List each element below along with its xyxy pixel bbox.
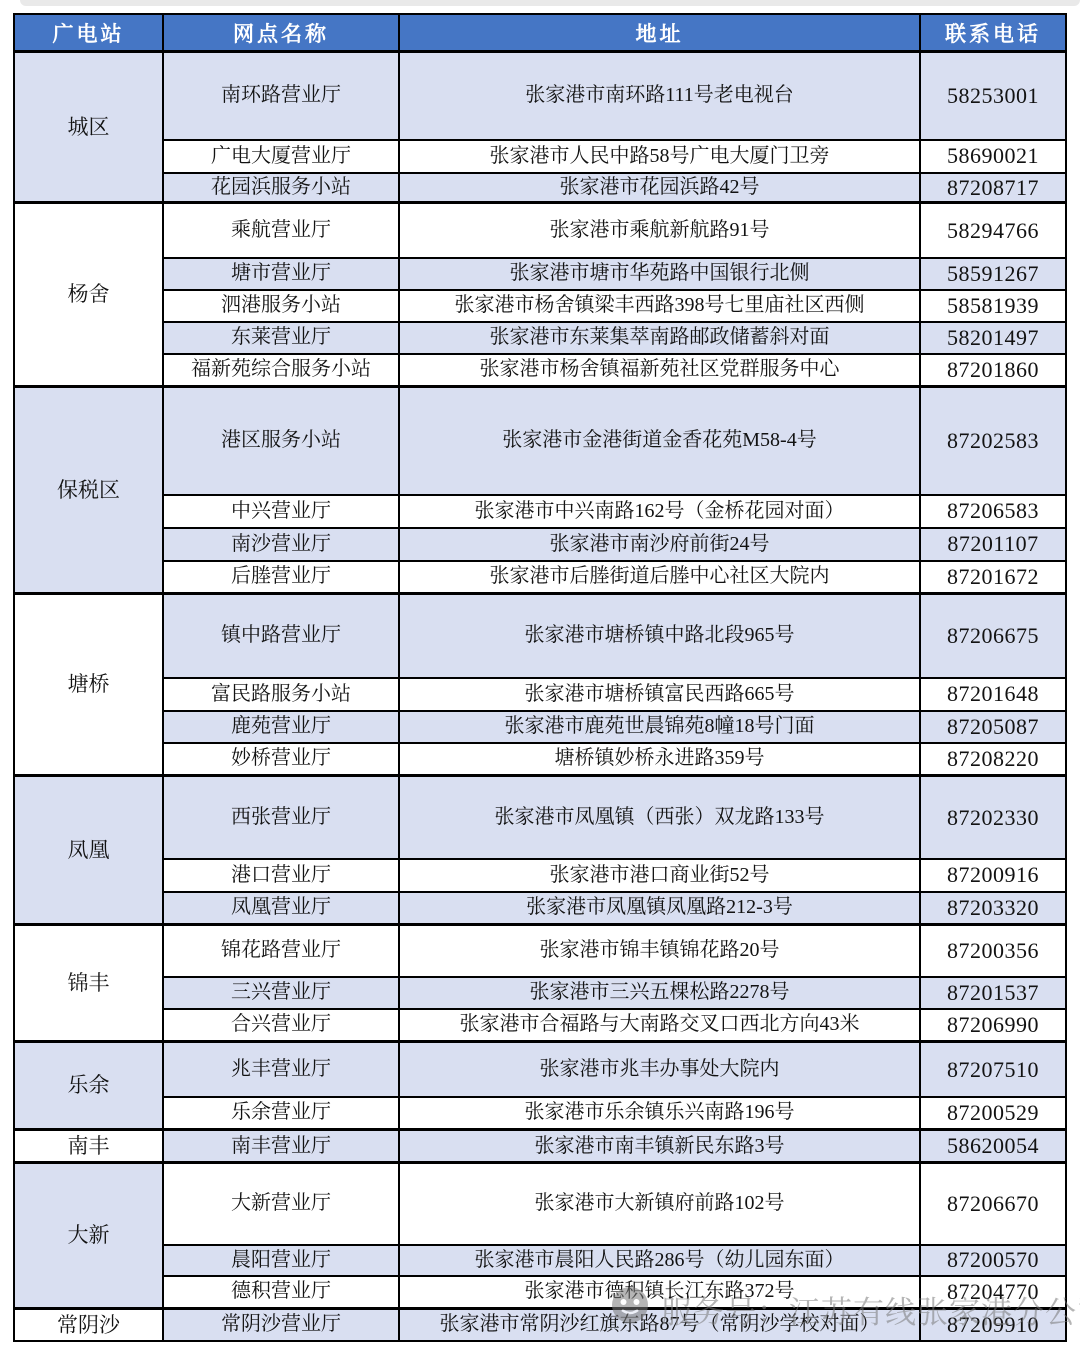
branch-name-cell: 三兴营业厅	[163, 977, 399, 1009]
address-cell: 张家港市锦丰镇锦花路20号	[399, 925, 920, 977]
table-row: 中兴营业厅张家港市中兴南路162号（金桥花园对面）87206583	[14, 495, 1066, 528]
address-cell: 张家港市乐余镇乐兴南路196号	[399, 1097, 920, 1130]
address-cell: 张家港市金港街道金香花苑M58-4号	[399, 387, 920, 495]
table-row: 广电大厦营业厅张家港市人民中路58号广电大厦门卫旁58690021	[14, 140, 1066, 173]
table-body: 城区南环路营业厅张家港市南环路111号老电视台58253001广电大厦营业厅张家…	[14, 52, 1066, 1341]
branch-name-cell: 德积营业厅	[163, 1276, 399, 1309]
branch-name-cell: 妙桥营业厅	[163, 743, 399, 776]
table-row: 塘桥镇中路营业厅张家港市塘桥镇中路北段965号87206675	[14, 594, 1066, 678]
branch-name-cell: 南丰营业厅	[163, 1130, 399, 1163]
table-row: 城区南环路营业厅张家港市南环路111号老电视台58253001	[14, 52, 1066, 140]
table-row: 德积营业厅张家港市德积镇长江东路372号87204770	[14, 1276, 1066, 1309]
table-row: 凤凰西张营业厅张家港市凤凰镇（西张）双龙路133号87202330	[14, 776, 1066, 859]
phone-cell: 87206675	[920, 594, 1066, 678]
address-cell: 塘桥镇妙桥永进路359号	[399, 743, 920, 776]
phone-cell: 87200529	[920, 1097, 1066, 1130]
address-cell: 张家港市三兴五棵松路2278号	[399, 977, 920, 1009]
table-row: 福新苑综合服务小站张家港市杨舍镇福新苑社区党群服务中心87201860	[14, 354, 1066, 387]
branch-name-cell: 港口营业厅	[163, 859, 399, 892]
station-cell: 常阴沙	[14, 1309, 163, 1341]
phone-cell: 87201648	[920, 678, 1066, 711]
address-cell: 张家港市东莱集萃南路邮政储蓄斜对面	[399, 322, 920, 354]
phone-cell: 87200570	[920, 1245, 1066, 1276]
station-cell: 塘桥	[14, 594, 163, 776]
table-row: 凤凰营业厅张家港市凤凰镇凤凰路212-3号87203320	[14, 892, 1066, 925]
phone-cell: 87209910	[920, 1309, 1066, 1341]
branch-name-cell: 福新苑综合服务小站	[163, 354, 399, 387]
branch-name-cell: 兆丰营业厅	[163, 1042, 399, 1097]
address-cell: 张家港市德积镇长江东路372号	[399, 1276, 920, 1309]
table-row: 后塍营业厅张家港市后塍街道后塍中心社区大院内87201672	[14, 561, 1066, 594]
table-row: 乐余营业厅张家港市乐余镇乐兴南路196号87200529	[14, 1097, 1066, 1130]
phone-cell: 87203320	[920, 892, 1066, 925]
branch-name-cell: 镇中路营业厅	[163, 594, 399, 678]
address-cell: 张家港市凤凰镇凤凰路212-3号	[399, 892, 920, 925]
branch-name-cell: 中兴营业厅	[163, 495, 399, 528]
station-cell: 南丰	[14, 1130, 163, 1163]
table-row: 富民路服务小站张家港市塘桥镇富民西路665号87201648	[14, 678, 1066, 711]
table-row: 锦丰锦花路营业厅张家港市锦丰镇锦花路20号87200356	[14, 925, 1066, 977]
branch-name-cell: 花园浜服务小站	[163, 173, 399, 203]
branch-name-cell: 晨阳营业厅	[163, 1245, 399, 1276]
branch-name-cell: 泗港服务小站	[163, 290, 399, 322]
address-cell: 张家港市后塍街道后塍中心社区大院内	[399, 561, 920, 594]
phone-cell: 58581939	[920, 290, 1066, 322]
phone-cell: 87201860	[920, 354, 1066, 387]
phone-cell: 87207510	[920, 1042, 1066, 1097]
phone-cell: 87204770	[920, 1276, 1066, 1309]
branch-name-cell: 凤凰营业厅	[163, 892, 399, 925]
phone-cell: 58201497	[920, 322, 1066, 354]
station-cell: 城区	[14, 52, 163, 203]
table-row: 港口营业厅张家港市港口商业街52号87200916	[14, 859, 1066, 892]
table-row: 花园浜服务小站张家港市花园浜路42号87208717	[14, 173, 1066, 203]
header-row: 广电站 网点名称 地址 联系电话	[14, 14, 1066, 52]
branch-name-cell: 东莱营业厅	[163, 322, 399, 354]
phone-cell: 87201107	[920, 528, 1066, 561]
address-cell: 张家港市塘市华苑路中国银行北侧	[399, 258, 920, 290]
address-cell: 张家港市杨舍镇梁丰西路398号七里庙社区西侧	[399, 290, 920, 322]
address-cell: 张家港市大新镇府前路102号	[399, 1163, 920, 1245]
branch-name-cell: 塘市营业厅	[163, 258, 399, 290]
table-row: 东莱营业厅张家港市东莱集萃南路邮政储蓄斜对面58201497	[14, 322, 1066, 354]
phone-cell: 87201672	[920, 561, 1066, 594]
table-row: 保税区港区服务小站张家港市金港街道金香花苑M58-4号87202583	[14, 387, 1066, 495]
address-cell: 张家港市南丰镇新民东路3号	[399, 1130, 920, 1163]
phone-cell: 87200356	[920, 925, 1066, 977]
branch-name-cell: 南沙营业厅	[163, 528, 399, 561]
station-cell: 锦丰	[14, 925, 163, 1042]
table-row: 合兴营业厅张家港市合福路与大南路交叉口西北方向43米87206990	[14, 1009, 1066, 1042]
branch-name-cell: 南环路营业厅	[163, 52, 399, 140]
address-cell: 张家港市塘桥镇富民西路665号	[399, 678, 920, 711]
branch-name-cell: 港区服务小站	[163, 387, 399, 495]
address-cell: 张家港市晨阳人民路286号（幼儿园东面）	[399, 1245, 920, 1276]
table-header: 广电站 网点名称 地址 联系电话	[14, 14, 1066, 52]
phone-cell: 87202583	[920, 387, 1066, 495]
address-cell: 张家港市南环路111号老电视台	[399, 52, 920, 140]
phone-cell: 58294766	[920, 203, 1066, 258]
phone-cell: 58620054	[920, 1130, 1066, 1163]
station-cell: 乐余	[14, 1042, 163, 1130]
branch-name-cell: 广电大厦营业厅	[163, 140, 399, 173]
column-header-phone: 联系电话	[920, 14, 1066, 52]
table-row: 南沙营业厅张家港市南沙府前街24号87201107	[14, 528, 1066, 561]
branch-name-cell: 富民路服务小站	[163, 678, 399, 711]
phone-cell: 87201537	[920, 977, 1066, 1009]
phone-cell: 87206670	[920, 1163, 1066, 1245]
column-header-station: 广电站	[14, 14, 163, 52]
station-cell: 保税区	[14, 387, 163, 594]
phone-cell: 87200916	[920, 859, 1066, 892]
phone-cell: 58591267	[920, 258, 1066, 290]
address-cell: 张家港市港口商业街52号	[399, 859, 920, 892]
station-cell: 大新	[14, 1163, 163, 1309]
column-header-address: 地址	[399, 14, 920, 52]
phone-cell: 58690021	[920, 140, 1066, 173]
table-row: 鹿苑营业厅张家港市鹿苑世晨锦苑8幢18号门面87205087	[14, 711, 1066, 743]
address-cell: 张家港市杨舍镇福新苑社区党群服务中心	[399, 354, 920, 387]
branch-name-cell: 大新营业厅	[163, 1163, 399, 1245]
phone-cell: 87206583	[920, 495, 1066, 528]
branch-name-cell: 合兴营业厅	[163, 1009, 399, 1042]
table-row: 杨舍乘航营业厅张家港市乘航新航路91号58294766	[14, 203, 1066, 258]
address-cell: 张家港市兆丰办事处大院内	[399, 1042, 920, 1097]
phone-cell: 87206990	[920, 1009, 1066, 1042]
address-cell: 张家港市人民中路58号广电大厦门卫旁	[399, 140, 920, 173]
phone-cell: 87208220	[920, 743, 1066, 776]
station-cell: 杨舍	[14, 203, 163, 387]
phone-cell: 87202330	[920, 776, 1066, 859]
branch-name-cell: 乐余营业厅	[163, 1097, 399, 1130]
address-cell: 张家港市鹿苑世晨锦苑8幢18号门面	[399, 711, 920, 743]
address-cell: 张家港市中兴南路162号（金桥花园对面）	[399, 495, 920, 528]
station-cell: 凤凰	[14, 776, 163, 925]
branch-name-cell: 西张营业厅	[163, 776, 399, 859]
table-row: 塘市营业厅张家港市塘市华苑路中国银行北侧58591267	[14, 258, 1066, 290]
table-row: 大新大新营业厅张家港市大新镇府前路102号87206670	[14, 1163, 1066, 1245]
address-cell: 张家港市乘航新航路91号	[399, 203, 920, 258]
address-cell: 张家港市花园浜路42号	[399, 173, 920, 203]
address-cell: 张家港市凤凰镇（西张）双龙路133号	[399, 776, 920, 859]
column-header-branch-name: 网点名称	[163, 14, 399, 52]
page-top-edge	[20, 0, 1080, 6]
address-cell: 张家港市常阴沙红旗东路87号（常阴沙学校对面）	[399, 1309, 920, 1341]
address-cell: 张家港市合福路与大南路交叉口西北方向43米	[399, 1009, 920, 1042]
branch-name-cell: 鹿苑营业厅	[163, 711, 399, 743]
address-cell: 张家港市塘桥镇中路北段965号	[399, 594, 920, 678]
service-locations-table: 广电站 网点名称 地址 联系电话 城区南环路营业厅张家港市南环路111号老电视台…	[13, 13, 1067, 1342]
phone-cell: 87208717	[920, 173, 1066, 203]
table-row: 三兴营业厅张家港市三兴五棵松路2278号87201537	[14, 977, 1066, 1009]
table-row: 泗港服务小站张家港市杨舍镇梁丰西路398号七里庙社区西侧58581939	[14, 290, 1066, 322]
table-row: 常阴沙常阴沙营业厅张家港市常阴沙红旗东路87号（常阴沙学校对面）87209910	[14, 1309, 1066, 1341]
branch-name-cell: 常阴沙营业厅	[163, 1309, 399, 1341]
table-row: 乐余兆丰营业厅张家港市兆丰办事处大院内87207510	[14, 1042, 1066, 1097]
phone-cell: 58253001	[920, 52, 1066, 140]
branch-name-cell: 乘航营业厅	[163, 203, 399, 258]
table-row: 南丰南丰营业厅张家港市南丰镇新民东路3号58620054	[14, 1130, 1066, 1163]
address-cell: 张家港市南沙府前街24号	[399, 528, 920, 561]
phone-cell: 87205087	[920, 711, 1066, 743]
table-row: 妙桥营业厅塘桥镇妙桥永进路359号87208220	[14, 743, 1066, 776]
branch-name-cell: 锦花路营业厅	[163, 925, 399, 977]
branch-name-cell: 后塍营业厅	[163, 561, 399, 594]
table-row: 晨阳营业厅张家港市晨阳人民路286号（幼儿园东面）87200570	[14, 1245, 1066, 1276]
